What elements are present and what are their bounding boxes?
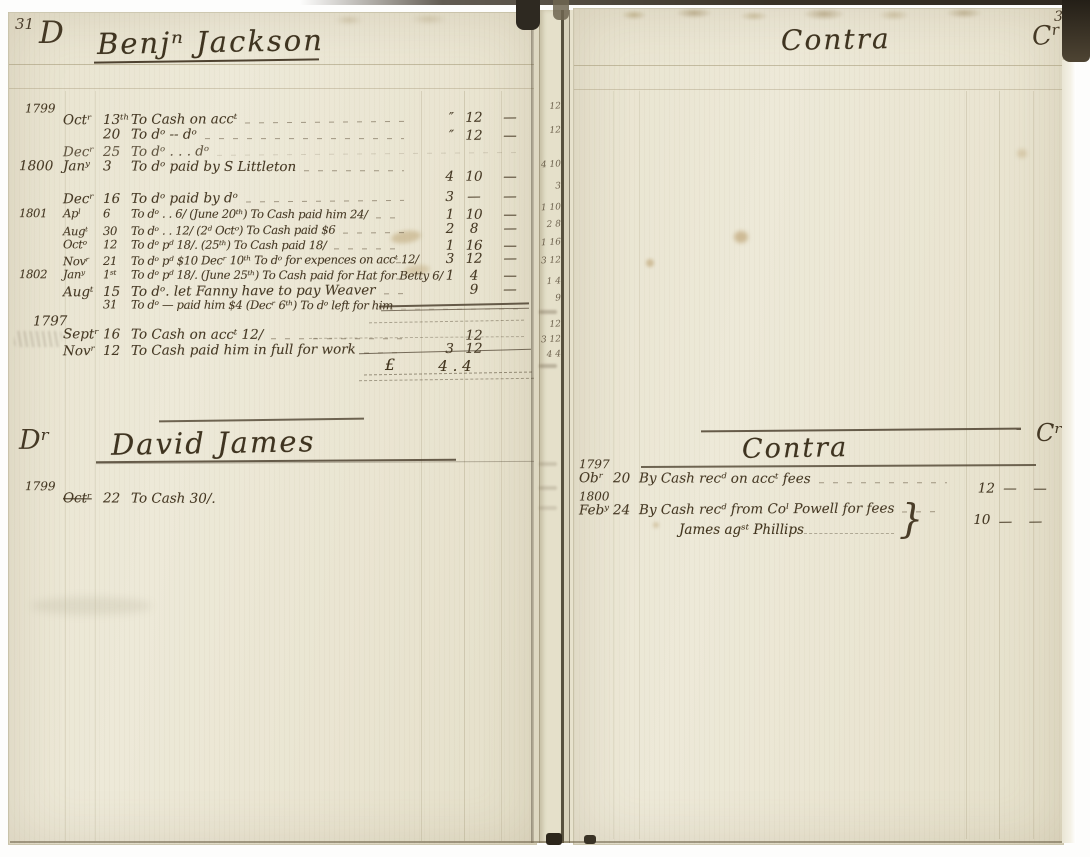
entry-month: Novʳ — [63, 343, 103, 359]
spine-top-piece — [553, 0, 569, 20]
dotted-leader — [401, 308, 518, 309]
entry-day: 6 — [103, 206, 131, 220]
brace: } — [899, 496, 923, 542]
stain — [653, 522, 659, 528]
book-bottom-edge — [10, 841, 1062, 843]
dotted-leader — [384, 293, 404, 294]
contra-title: Contra — [742, 432, 849, 465]
dotted-leader — [304, 170, 404, 171]
amount-pence: — — [1025, 481, 1055, 497]
leaf-edge-amount: 2 8 — [537, 219, 561, 230]
entry-description: To dᵒ -- dᵒ — [131, 127, 197, 143]
spine-bottom-piece — [584, 835, 596, 844]
cover-corner — [1062, 0, 1090, 62]
dotted-leader — [217, 151, 518, 155]
entry-day: 20 — [103, 126, 131, 142]
page-left-debit: 31 D Benjⁿ Jackson 1799 Octʳ 13ᵗʰ To Cas… — [8, 12, 537, 845]
handdrawn-line — [159, 418, 364, 422]
spine-top-piece — [516, 0, 540, 30]
entry-day: 16 — [103, 326, 131, 342]
amount-pounds: 10 — [950, 512, 990, 528]
entry-description: By Cash recᵈ from Coˡ Powell for fees — [639, 501, 895, 519]
leaf-edge-mark — [539, 506, 557, 510]
amount-pounds: 2 — [412, 221, 454, 237]
dotted-leader — [376, 217, 404, 218]
entry-year: 1799 — [25, 479, 56, 493]
amount-shillings: 12 — [454, 110, 494, 126]
total-amount: 4 . 4 — [417, 357, 493, 375]
entry-description: To dᵒ pᵈ $10 Decʳ 10ᵗʰ To dᵒ for expence… — [131, 252, 388, 268]
ledger-entry-row: 1800 Febʸ 24 By Cash recᵈ from Coˡ Powel… — [579, 500, 1055, 519]
stain — [309, 15, 509, 27]
dotted-leader — [245, 120, 404, 123]
leaf-edge-amount: 1 4 — [537, 276, 561, 287]
dotted-leader — [364, 352, 404, 353]
amount-pounds: 12 — [955, 480, 995, 496]
amount-pence: — — [494, 250, 526, 266]
entry-day: 22 — [103, 490, 131, 506]
amount-pence: — — [494, 220, 526, 236]
entry-year: 1801 — [19, 206, 63, 220]
ruled-line-vertical — [613, 91, 614, 839]
spine-bottom-piece — [546, 833, 562, 845]
account-title: David James — [111, 424, 316, 462]
entry-day: 12 — [103, 237, 131, 251]
amount-shillings: 10 — [454, 169, 494, 185]
dotted-leader — [205, 138, 404, 139]
contra-title: Contra — [781, 22, 891, 57]
entry-day: 3 — [103, 158, 131, 174]
amount-shillings: 12 — [454, 341, 494, 357]
entry-month: Janʸ — [63, 158, 103, 174]
entry-description: To dᵒ — paid him $4 (Decʳ 6ᵗʰ) To dᵒ lef… — [131, 298, 393, 313]
dotted-leader — [396, 262, 404, 263]
ruled-line-horizontal — [9, 88, 536, 89]
entry-description: To dᵒ pᵈ 18/. (June 25ᵗʰ) To Cash paid f… — [131, 268, 388, 283]
entry-description: By Cash recᵈ on accᵗ fees — [639, 470, 811, 487]
amount-pence: — — [494, 109, 526, 125]
amount-pence: — — [494, 188, 526, 204]
entry-day: 1ˢᵗ — [103, 267, 131, 281]
amount-pounds: 3 — [412, 251, 454, 267]
pound-sign: £ — [385, 355, 395, 374]
dotted-leader — [334, 248, 404, 249]
entry-year: 1800 — [579, 489, 610, 503]
entry-description: To dᵒ . . . dᵒ — [131, 143, 209, 159]
entry-year: 1797 — [579, 457, 610, 471]
entry-month: Octʳ — [63, 490, 103, 506]
leaf-edge-amount: 4 4 — [537, 349, 561, 360]
stain — [734, 231, 748, 243]
ruled-line-horizontal — [574, 65, 1063, 66]
handdrawn-line — [701, 428, 1021, 432]
leaf-edge-mark — [539, 462, 557, 466]
dotted-leader — [819, 482, 947, 483]
dotted-leader — [271, 338, 404, 339]
ruled-line-vertical — [639, 91, 640, 839]
amount-pence: — — [1020, 514, 1050, 530]
entry-month: Octᵒ — [63, 237, 103, 251]
leaf-edge-amount: 3 — [537, 181, 561, 192]
ruled-line-horizontal — [9, 64, 536, 65]
entry-description: To Cash on accᵗ — [131, 111, 237, 128]
debit-mark: D — [39, 15, 64, 51]
ledger-scan: 31 D Benjⁿ Jackson 1799 Octʳ 13ᵗʰ To Cas… — [0, 0, 1090, 857]
amount-shillings: — — [454, 189, 494, 205]
leaf-edge-amount: 9 — [537, 293, 561, 304]
entry-year: 1800 — [19, 158, 63, 174]
stain — [1017, 149, 1027, 158]
amount-pence: — — [494, 281, 526, 297]
leaf-edge-mark — [539, 364, 557, 368]
account-title: Benjⁿ Jackson — [97, 23, 324, 61]
credit-mark: Cʳ — [1031, 20, 1062, 52]
entry-month: Obʳ — [579, 470, 613, 486]
entry-month: Septʳ — [63, 326, 103, 342]
entry-description: To Cash 30/. — [131, 491, 216, 507]
entry-month: Janʸ — [63, 267, 103, 281]
handdrawn-line — [641, 464, 1036, 468]
entry-year: 1802 — [19, 267, 63, 281]
leaf-edge-amount: 3 12 — [537, 334, 561, 345]
spine-gutter: 12 12 4 10 3 1 10 2 8 1 16 3 12 1 4 9 12… — [531, 10, 573, 843]
entry-day: 24 — [613, 502, 639, 518]
leaf-edge-mark — [539, 310, 557, 314]
entry-description: To dᵒ paid by S Littleton — [131, 159, 296, 176]
leaf-edge — [570, 10, 573, 843]
entry-description: To dᵒ . . 12/ (2ᵈ Octᵒ) To Cash paid $6 — [131, 223, 335, 238]
page-fore-edge — [1062, 60, 1076, 843]
ledger-entry-row: 1797 Obʳ 20 By Cash recᵈ on accᵗ fees 12… — [579, 470, 1055, 488]
amount-pence: — — [494, 169, 526, 185]
dotted-leader — [246, 199, 404, 202]
leaf-edge-amount: 1 16 — [537, 237, 561, 248]
dotted-leader — [804, 533, 894, 534]
leaf-edge-amount: 12 — [537, 319, 561, 330]
amount-pounds: 3 — [412, 189, 454, 205]
entry-description-line2: James agˢᵗ Phillips — [679, 522, 804, 538]
leaf-edge-amount: 12 — [537, 125, 561, 136]
entry-day: 20 — [613, 470, 639, 486]
amount-pounds: 4 — [412, 168, 454, 184]
entry-description: To dᵒ pᵈ 18/. (25ᵗʰ) To Cash paid 18/ — [131, 238, 327, 253]
stain — [646, 259, 654, 267]
entry-day: 31 — [103, 297, 131, 311]
entry-description: To dᵒ . . 6/ (June 20ᵗʰ) To Cash paid hi… — [131, 207, 368, 222]
leaf-edge-amount: 12 — [537, 101, 561, 112]
amount-shillings: — — [990, 514, 1020, 530]
amount-shillings: — — [995, 481, 1025, 497]
amount-shillings: 12 — [454, 251, 494, 267]
amount-shillings: 8 — [454, 221, 494, 237]
amount-pounds: 3 — [412, 341, 454, 357]
ruled-line-horizontal — [574, 89, 1063, 90]
leaf-edge-amount: 3 12 — [537, 255, 561, 266]
leaf-edge-amount: 1 10 — [537, 202, 561, 213]
dotted-leader — [396, 278, 404, 279]
book-top-edge — [300, 0, 1090, 5]
entry-description: To Cash paid him in full for work — [131, 341, 356, 358]
amount-pounds: ″ — [412, 110, 454, 126]
credit-mark: Cʳ — [1036, 419, 1063, 447]
entry-month: Apˡ — [63, 206, 103, 220]
entry-day: 12 — [103, 343, 131, 359]
ledger-entry-row: 1799 Octʳ 22 To Cash 30/. — [19, 490, 526, 508]
leaf-edge-mark — [539, 486, 557, 490]
amount-shillings: 9 — [454, 282, 494, 298]
entry-description: To dᵒ paid by dᵒ — [131, 190, 238, 207]
closing-rule — [359, 378, 534, 381]
page-right-credit: 31 Cʳ Contra Contra Cʳ 1797 Obʳ 20 By Ca… — [573, 8, 1064, 845]
folio-number: 31 — [15, 15, 34, 33]
debit-mark: Dʳ — [19, 425, 50, 456]
entry-year: 1799 — [25, 101, 56, 115]
entry-description: To Cash on accᵗ 12/ — [131, 327, 263, 343]
leaf-edge-amount: 4 10 — [537, 159, 561, 170]
ledger-entry-row: 1800 Janʸ 3 To dᵒ paid by S Littleton 4 … — [19, 158, 526, 176]
stain — [31, 597, 151, 615]
dotted-leader — [343, 232, 404, 234]
entry-month: Febʸ — [579, 502, 613, 518]
